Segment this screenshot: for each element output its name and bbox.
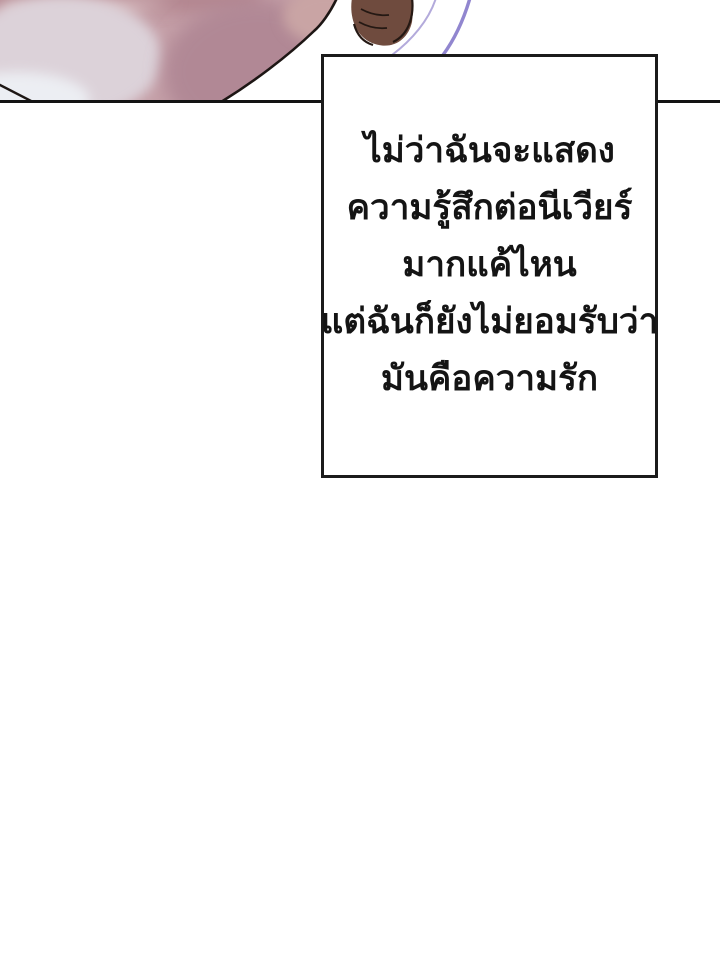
dialog-line-3: มากแค้ไหน	[324, 236, 655, 293]
neck-skin-shading	[0, 0, 367, 100]
speech-text-box: ไม่ว่าฉันจะแสดง ความรู้สึกต่อนีเวียร์ มา…	[321, 54, 658, 478]
dialog-line-1: ไม่ว่าฉันจะแสดง	[324, 122, 655, 179]
dialog-line-5: มันคือความรัก	[324, 350, 655, 407]
comic-page: ไม่ว่าฉันจะแสดง ความรู้สึกต่อนีเวียร์ มา…	[0, 0, 720, 959]
dialog-line-4: แต่ฉันก็ยังไม่ยอมรับว่า	[324, 293, 655, 350]
dialog-line-2: ความรู้สึกต่อนีเวียร์	[324, 179, 655, 236]
dialog-text: ไม่ว่าฉันจะแสดง ความรู้สึกต่อนีเวียร์ มา…	[324, 57, 655, 407]
ear-shape	[351, 0, 412, 46]
